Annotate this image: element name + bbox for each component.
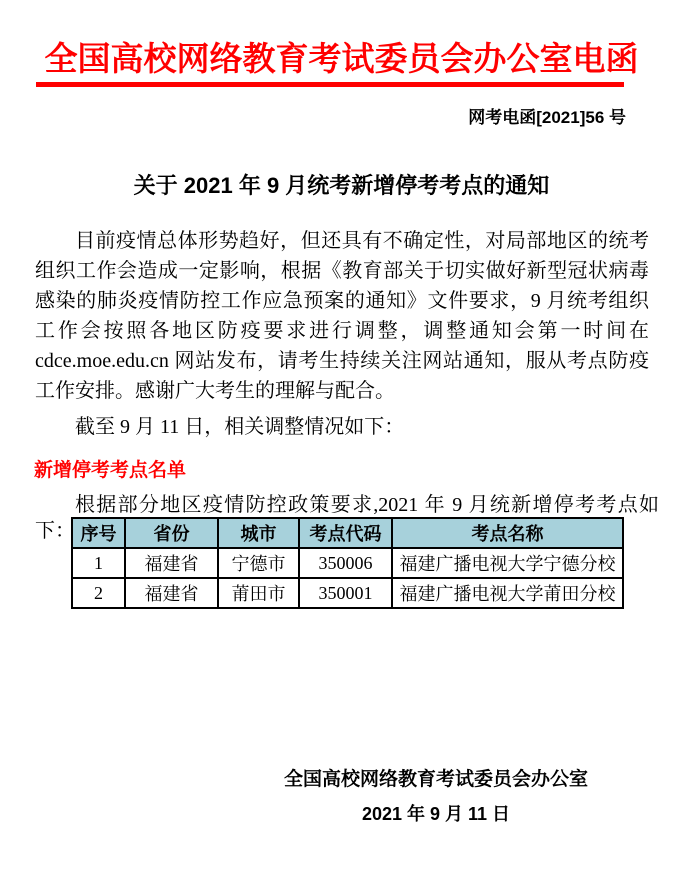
table-cell-index: 1 — [72, 548, 125, 578]
signature-date: 2021 年 9 月 11 日 — [260, 800, 612, 826]
notice-title: 关于 2021 年 9 月统考新增停考考点的通知 — [0, 169, 683, 200]
letterhead-title: 全国高校网络教育考试委员会办公室电函 — [0, 33, 683, 80]
body-paragraph-2: 截至 9 月 11 日，相关调整情况如下： — [35, 412, 649, 442]
table-cell-site-name: 福建广播电视大学莆田分校 — [392, 578, 623, 608]
section-heading-stopped-sites: 新增停考考点名单 — [34, 455, 186, 482]
table-header-city: 城市 — [218, 518, 299, 548]
table-cell-site-name: 福建广播电视大学宁德分校 — [392, 548, 623, 578]
signature-block: 全国高校网络教育考试委员会办公室 2021 年 9 月 11 日 — [260, 764, 612, 826]
document-number: 网考电函[2021]56 号 — [468, 103, 626, 128]
table-header-index: 序号 — [72, 518, 125, 548]
signature-organization: 全国高校网络教育考试委员会办公室 — [260, 764, 612, 791]
table-header-site-name: 考点名称 — [392, 518, 623, 548]
table-header-province: 省份 — [125, 518, 218, 548]
table-header-row: 序号 省份 城市 考点代码 考点名称 — [72, 518, 623, 548]
table-row: 2 福建省 莆田市 350001 福建广播电视大学莆田分校 — [72, 578, 623, 608]
table-cell-city: 宁德市 — [218, 548, 299, 578]
body-paragraph-1: 目前疫情总体形势趋好，但还具有不确定性，对局部地区的统考组织工作会造成一定影响，… — [35, 226, 649, 406]
table-cell-province: 福建省 — [125, 548, 218, 578]
table-cell-province: 福建省 — [125, 578, 218, 608]
table-header-site-code: 考点代码 — [299, 518, 392, 548]
table-cell-index: 2 — [72, 578, 125, 608]
table-row: 1 福建省 宁德市 350006 福建广播电视大学宁德分校 — [72, 548, 623, 578]
letterhead-divider-rule — [36, 82, 624, 87]
table-cell-city: 莆田市 — [218, 578, 299, 608]
stopped-exam-sites-table: 序号 省份 城市 考点代码 考点名称 1 福建省 宁德市 350006 福建广播… — [71, 517, 624, 609]
table-cell-site-code: 350006 — [299, 548, 392, 578]
document-page: 全国高校网络教育考试委员会办公室电函 网考电函[2021]56 号 关于 202… — [0, 0, 683, 895]
notice-body: 目前疫情总体形势趋好，但还具有不确定性，对局部地区的统考组织工作会造成一定影响，… — [35, 226, 649, 442]
table-cell-site-code: 350001 — [299, 578, 392, 608]
